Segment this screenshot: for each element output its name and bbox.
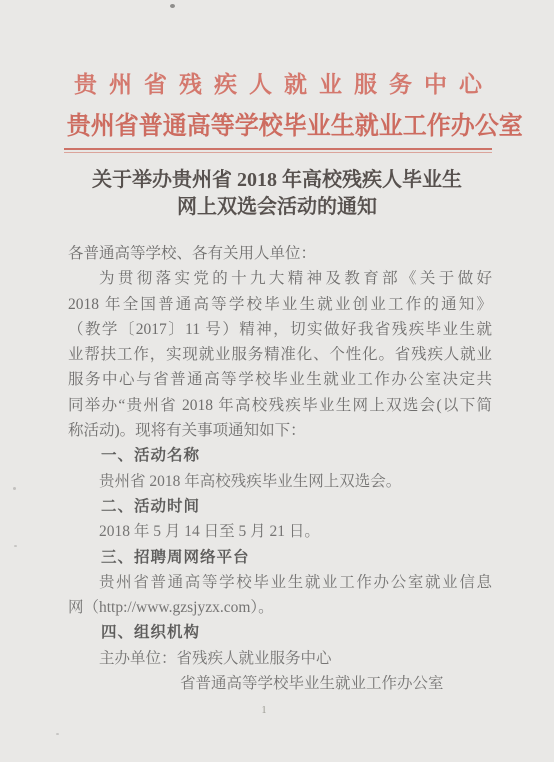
letterhead: 贵州省残疾人就业服务中心 贵州省普通高等学校毕业生就业工作办公室 xyxy=(58,66,498,142)
section-heading-organizers: 四、组织机构 xyxy=(68,620,492,645)
section-line: 贵州省 2018 年高校残疾毕业生网上双选会。 xyxy=(68,469,492,494)
intro-line: （教学〔2017〕11 号）精神，切实做好我省残疾毕业生就 xyxy=(68,317,492,342)
intro-line: 服务中心与省普通高等学校毕业生就业工作办公室决定共 xyxy=(68,367,492,392)
letterhead-org-line1: 贵州省残疾人就业服务中心 xyxy=(58,66,498,99)
section-line-host-unit-continued: 省普通高等学校毕业生就业工作办公室 xyxy=(68,671,492,696)
document-body: 各普通高等学校、各有关用人单位： 为贯彻落实党的十九大精神及教育部《关于做好 2… xyxy=(68,241,492,696)
section-line: 2018 年 5 月 14 日至 5 月 21 日。 xyxy=(68,519,492,544)
intro-line: 称活动)。现将有关事项通知如下： xyxy=(68,418,492,443)
intro-line: 同举办“贵州省 2018 年高校残疾毕业生网上双选会(以下简 xyxy=(68,393,492,418)
section-line-host-unit: 主办单位：省残疾人就业服务中心 xyxy=(68,646,492,671)
section-heading-activity-name: 一、活动名称 xyxy=(68,443,492,468)
scanned-notice-page: 贵州省残疾人就业服务中心 贵州省普通高等学校毕业生就业工作办公室 关于举办贵州省… xyxy=(0,0,554,762)
intro-line: 业帮扶工作，实现就业服务精准化、个性化。省残疾人就业 xyxy=(68,342,492,367)
salutation: 各普通高等学校、各有关用人单位： xyxy=(68,241,492,266)
scan-speck xyxy=(56,733,59,735)
scan-speck xyxy=(170,4,175,8)
scan-speck xyxy=(13,487,16,490)
scan-speck xyxy=(14,545,17,547)
document-title-line2: 网上双选会活动的通知 xyxy=(40,194,514,221)
red-separator-rule xyxy=(64,148,492,153)
section-heading-network-platform: 三、招聘周网络平台 xyxy=(68,545,492,570)
letterhead-org-line2: 贵州省普通高等学校毕业生就业工作办公室 xyxy=(67,106,489,142)
section-line: 贵州省普通高等学校毕业生就业工作办公室就业信息 xyxy=(68,570,492,595)
page-number: 1 xyxy=(0,705,528,716)
document-title: 关于举办贵州省 2018 年高校残疾人毕业生 网上双选会活动的通知 xyxy=(40,167,514,221)
section-heading-activity-time: 二、活动时间 xyxy=(68,494,492,519)
intro-line: 2018 年全国普通高等学校毕业生就业创业工作的通知》 xyxy=(68,292,492,317)
section-line-website-url: 网（http://www.gzsjyzx.com）。 xyxy=(68,595,492,620)
document-title-line1: 关于举办贵州省 2018 年高校残疾人毕业生 xyxy=(40,167,514,194)
intro-line: 为贯彻落实党的十九大精神及教育部《关于做好 xyxy=(68,266,492,291)
